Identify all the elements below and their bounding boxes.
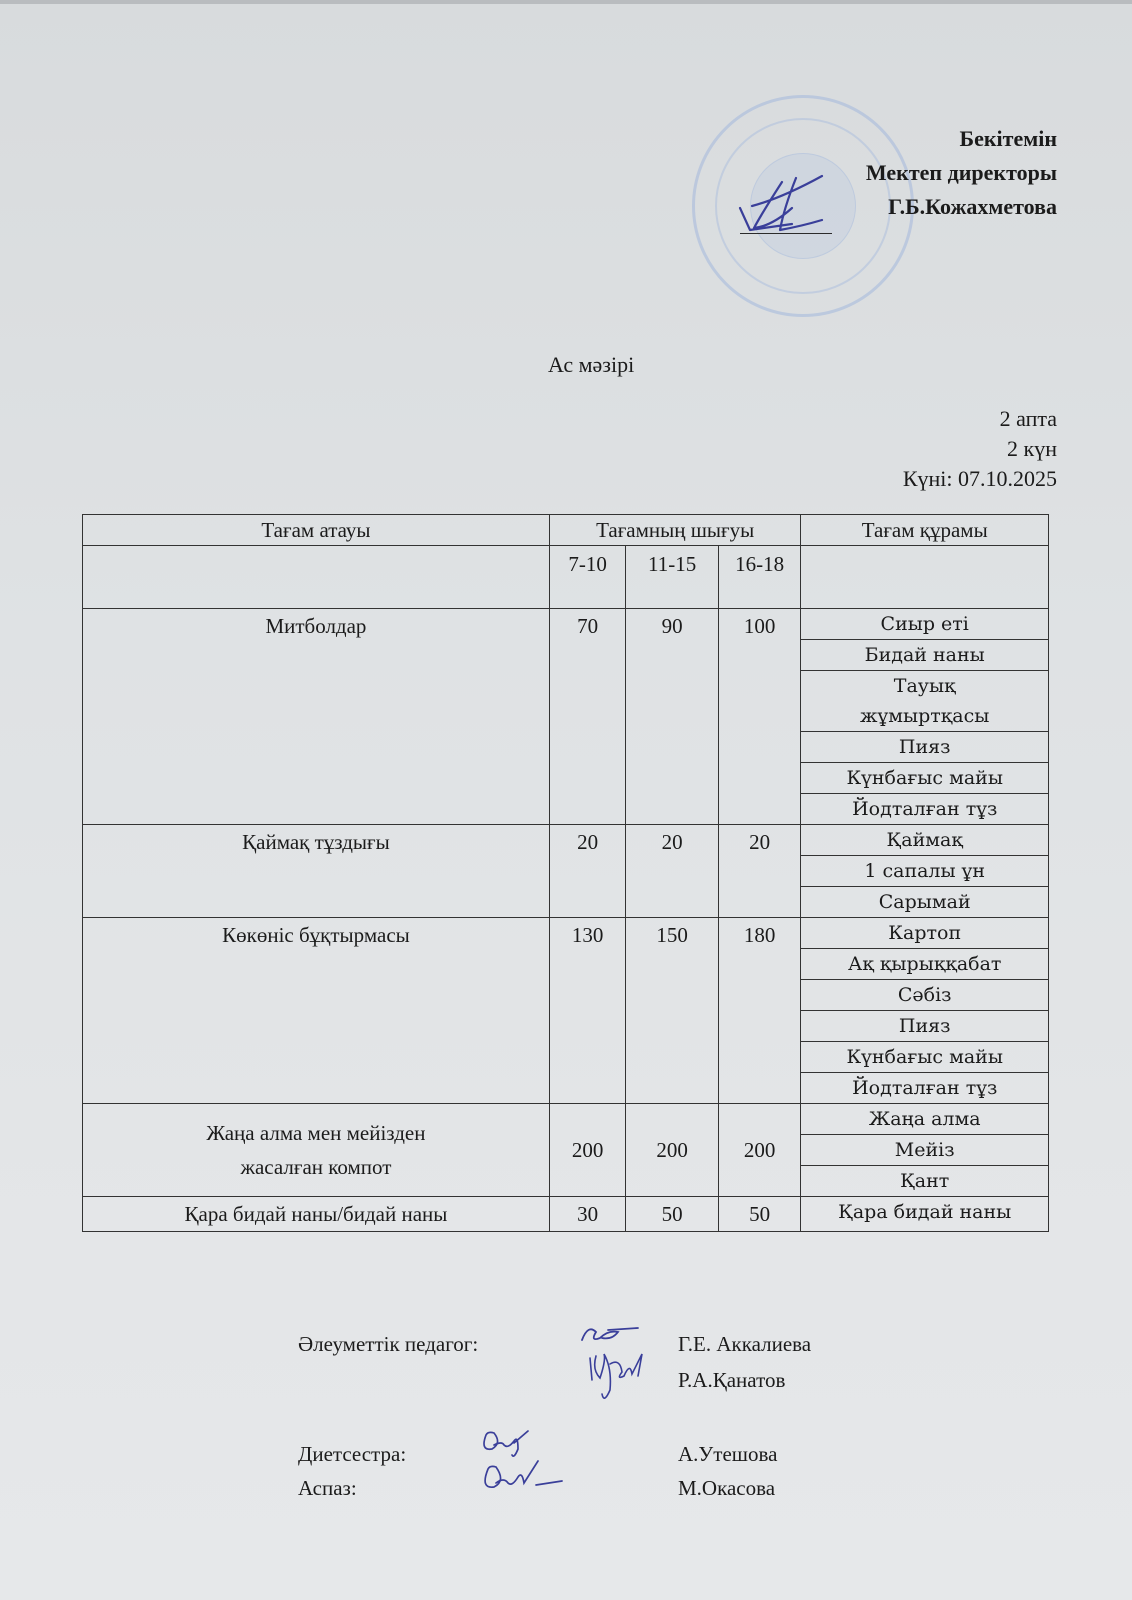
approval-block: Бекітемін Мектеп директоры Г.Б.Кожахмето… xyxy=(866,122,1057,224)
ingredient-item: Пияз xyxy=(801,732,1048,763)
ingredient-item: Йодталған тұз xyxy=(801,1073,1048,1103)
age-group: 7-10 xyxy=(549,546,625,609)
portion-value: 200 xyxy=(718,1104,801,1197)
date-label: Күні: 07.10.2025 xyxy=(903,464,1057,494)
table-row: Қара бидай наны/бидай наны305050Қара бид… xyxy=(83,1197,1049,1232)
dish-name: Қара бидай наны/бидай наны xyxy=(83,1197,550,1232)
ingredient-item: Бидай наны xyxy=(801,640,1048,671)
signatory-name: Г.Е. Аккалиева xyxy=(678,1332,811,1357)
portion-value: 50 xyxy=(626,1197,719,1232)
ingredient-item: Сарымай xyxy=(801,887,1048,917)
director-signature-line xyxy=(740,233,832,234)
document-title: Ас мәзірі xyxy=(548,352,634,378)
ingredient-item: Сиыр еті xyxy=(801,609,1048,640)
header-yield: Тағамның шығуы xyxy=(549,515,801,546)
portion-value: 200 xyxy=(626,1104,719,1197)
header-dish-name: Тағам атауы xyxy=(83,515,550,546)
portion-value: 20 xyxy=(549,825,625,918)
ingredient-item: Жаңа алма xyxy=(801,1104,1048,1135)
ingredient-list: Сиыр етіБидай наныТауық жұмыртқасыПиязКү… xyxy=(801,609,1048,824)
ingredient-list: Қара бидай наны xyxy=(801,1197,1048,1227)
ingredient-item: Ақ қырыққабат xyxy=(801,949,1048,980)
approval-title: Бекітемін xyxy=(866,122,1057,156)
signature-role: Аспаз: xyxy=(298,1476,357,1501)
approval-position: Мектеп директоры xyxy=(866,156,1057,190)
portion-value: 50 xyxy=(718,1197,801,1232)
ingredients-cell: Қаймақ1 сапалы ұнСарымай xyxy=(801,825,1049,918)
age-group: 16-18 xyxy=(718,546,801,609)
signature-role: Әлеуметтік педагог: xyxy=(298,1332,478,1357)
age-blank xyxy=(801,546,1049,609)
week-label: 2 апта xyxy=(903,404,1057,434)
approval-director-name: Г.Б.Кожахметова xyxy=(866,190,1057,224)
signatory-name: А.Утешова xyxy=(678,1442,777,1467)
ingredient-item: Йодталған тұз xyxy=(801,794,1048,824)
table-row: Митболдар7090100Сиыр етіБидай наныТауық … xyxy=(83,609,1049,825)
signatory-name: Р.А.Қанатов xyxy=(678,1368,785,1393)
age-group: 11-15 xyxy=(626,546,719,609)
ingredient-list: КартопАқ қырыққабатСәбізПиязКүнбағыс май… xyxy=(801,918,1048,1103)
menu-table: Тағам атауы Тағамның шығуы Тағам құрамы … xyxy=(82,514,1049,1232)
dish-name: Көкөніс бұқтырмасы xyxy=(83,918,550,1104)
ingredients-cell: Сиыр етіБидай наныТауық жұмыртқасыПиязКү… xyxy=(801,609,1049,825)
table-row: Қаймақ тұздығы202020Қаймақ1 сапалы ұнСар… xyxy=(83,825,1049,918)
dish-name: Жаңа алма мен мейізден жасалған компот xyxy=(83,1104,550,1197)
age-blank xyxy=(83,546,550,609)
ingredient-list: Қаймақ1 сапалы ұнСарымай xyxy=(801,825,1048,917)
page-edge xyxy=(0,0,1132,4)
table-row: Көкөніс бұқтырмасы130150180КартопАқ қыры… xyxy=(83,918,1049,1104)
portion-value: 20 xyxy=(718,825,801,918)
ingredient-item: Қаймақ xyxy=(801,825,1048,856)
ingredients-cell: Қара бидай наны xyxy=(801,1197,1049,1232)
director-signature-icon xyxy=(732,168,842,238)
ingredient-item: Картоп xyxy=(801,918,1048,949)
portion-value: 130 xyxy=(549,918,625,1104)
signature-icon xyxy=(578,1318,642,1348)
ingredient-item: Қара бидай наны xyxy=(801,1197,1048,1227)
header-ingredients: Тағам құрамы xyxy=(801,515,1049,546)
ingredient-item: Күнбағыс майы xyxy=(801,1042,1048,1073)
portion-value: 100 xyxy=(718,609,801,825)
day-label: 2 күн xyxy=(903,434,1057,464)
portion-value: 150 xyxy=(626,918,719,1104)
ingredient-item: Қант xyxy=(801,1166,1048,1196)
header-row: Тағам атауы Тағамның шығуы Тағам құрамы xyxy=(83,515,1049,546)
ingredient-item: 1 сапалы ұн xyxy=(801,856,1048,887)
ingredient-item: Пияз xyxy=(801,1011,1048,1042)
portion-value: 20 xyxy=(626,825,719,918)
signature-icon xyxy=(478,1455,568,1503)
ingredient-list: Жаңа алмаМейізҚант xyxy=(801,1104,1048,1196)
portion-value: 70 xyxy=(549,609,625,825)
portion-value: 90 xyxy=(626,609,719,825)
portion-value: 180 xyxy=(718,918,801,1104)
ingredient-item: Тауық жұмыртқасы xyxy=(801,671,1048,732)
signature-role: Диетсестра: xyxy=(298,1442,406,1467)
dish-name: Митболдар xyxy=(83,609,550,825)
ingredients-cell: Жаңа алмаМейізҚант xyxy=(801,1104,1049,1197)
signature-icon xyxy=(586,1350,646,1406)
dish-name: Қаймақ тұздығы xyxy=(83,825,550,918)
portion-value: 200 xyxy=(549,1104,625,1197)
signatory-name: М.Окасова xyxy=(678,1476,775,1501)
ingredient-item: Мейіз xyxy=(801,1135,1048,1166)
portion-value: 30 xyxy=(549,1197,625,1232)
menu-meta: 2 апта 2 күн Күні: 07.10.2025 xyxy=(903,404,1057,494)
ingredients-cell: КартопАқ қырыққабатСәбізПиязКүнбағыс май… xyxy=(801,918,1049,1104)
ingredient-item: Күнбағыс майы xyxy=(801,763,1048,794)
ingredient-item: Сәбіз xyxy=(801,980,1048,1011)
age-group-row: 7-10 11-15 16-18 xyxy=(83,546,1049,609)
table-row: Жаңа алма мен мейізден жасалған компот20… xyxy=(83,1104,1049,1197)
